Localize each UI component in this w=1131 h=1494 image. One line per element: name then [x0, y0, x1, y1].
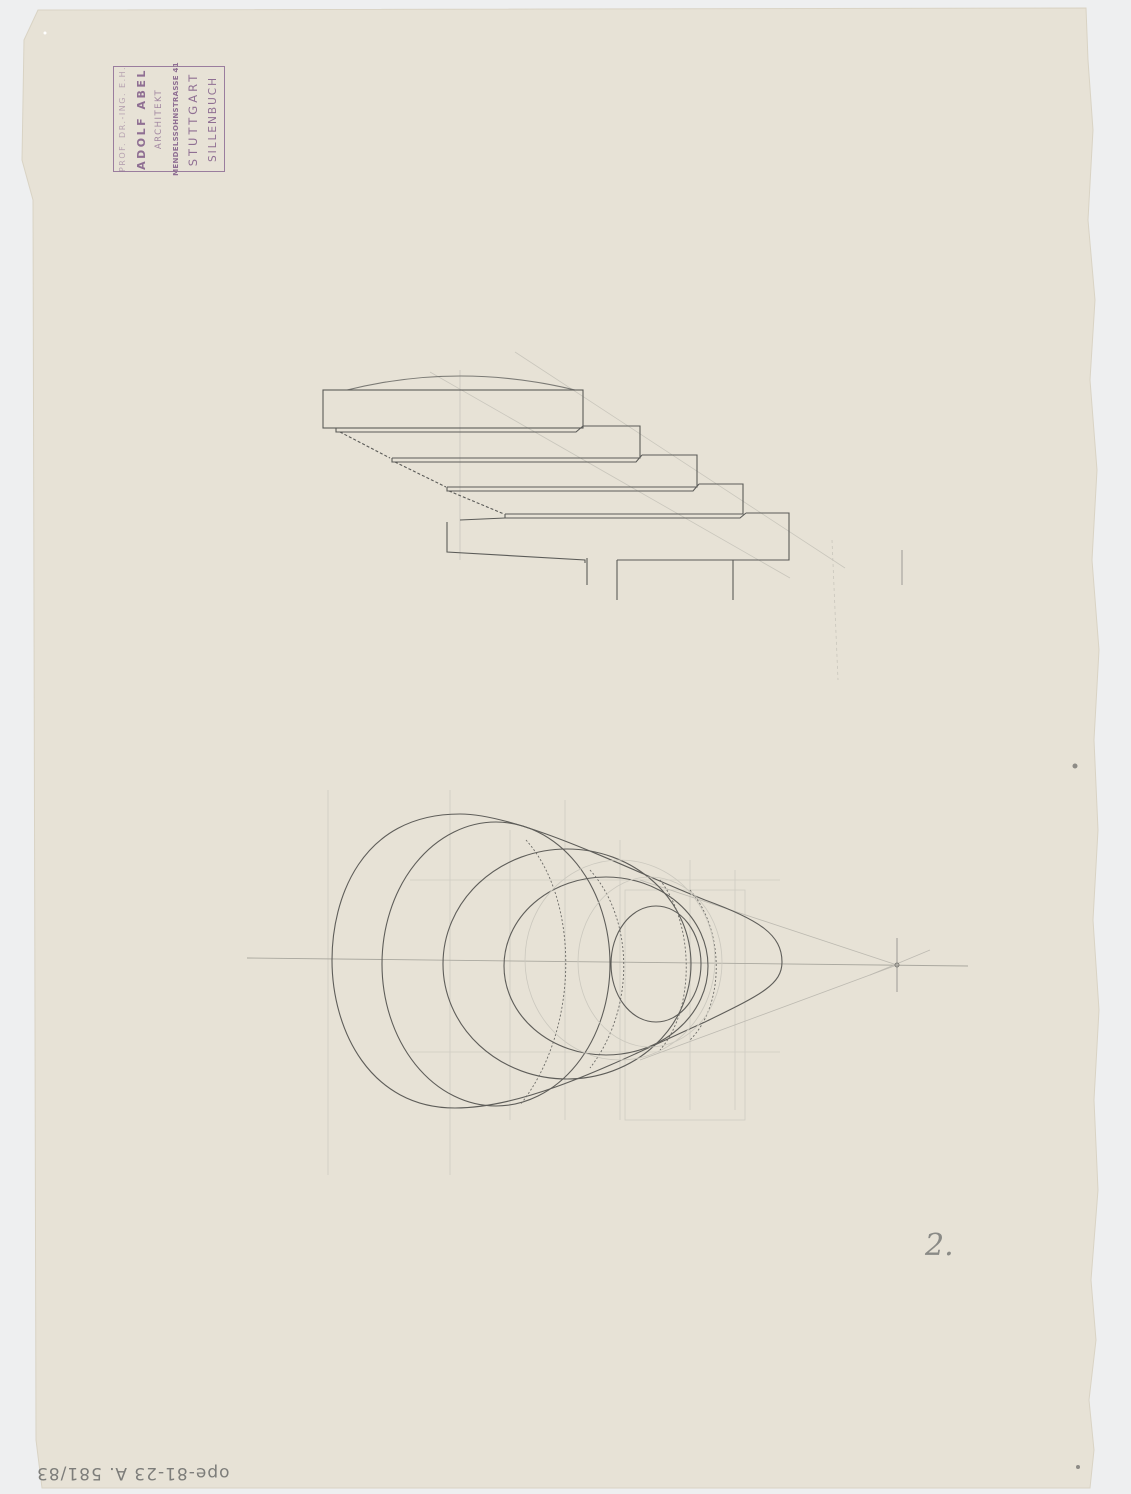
tracing-paper	[22, 8, 1099, 1488]
stamp-name: ADOLF ABEL	[136, 68, 147, 170]
paper-mark	[44, 32, 47, 35]
stamp-street: MENDELSSOHNSTRASSE 41	[173, 62, 180, 176]
archive-number: ope-81-23 A. 581/83	[36, 1463, 230, 1483]
stamp-title: PROF. DR.-ING. E.H.	[119, 66, 127, 172]
drawing-canvas	[0, 0, 1131, 1494]
sheet-number: 2.	[925, 1228, 954, 1263]
stamp-district: SILLENBUCH	[208, 76, 219, 162]
architect-stamp: PROF. DR.-ING. E.H. ADOLF ABEL ARCHITEKT…	[113, 66, 225, 172]
paper-mark	[1073, 764, 1078, 769]
paper-mark	[1076, 1465, 1080, 1469]
scanned-sheet: PROF. DR.-ING. E.H. ADOLF ABEL ARCHITEKT…	[0, 0, 1131, 1494]
stamp-city: STUTTGART	[188, 72, 200, 167]
stamp-profession: ARCHITEKT	[155, 89, 164, 149]
